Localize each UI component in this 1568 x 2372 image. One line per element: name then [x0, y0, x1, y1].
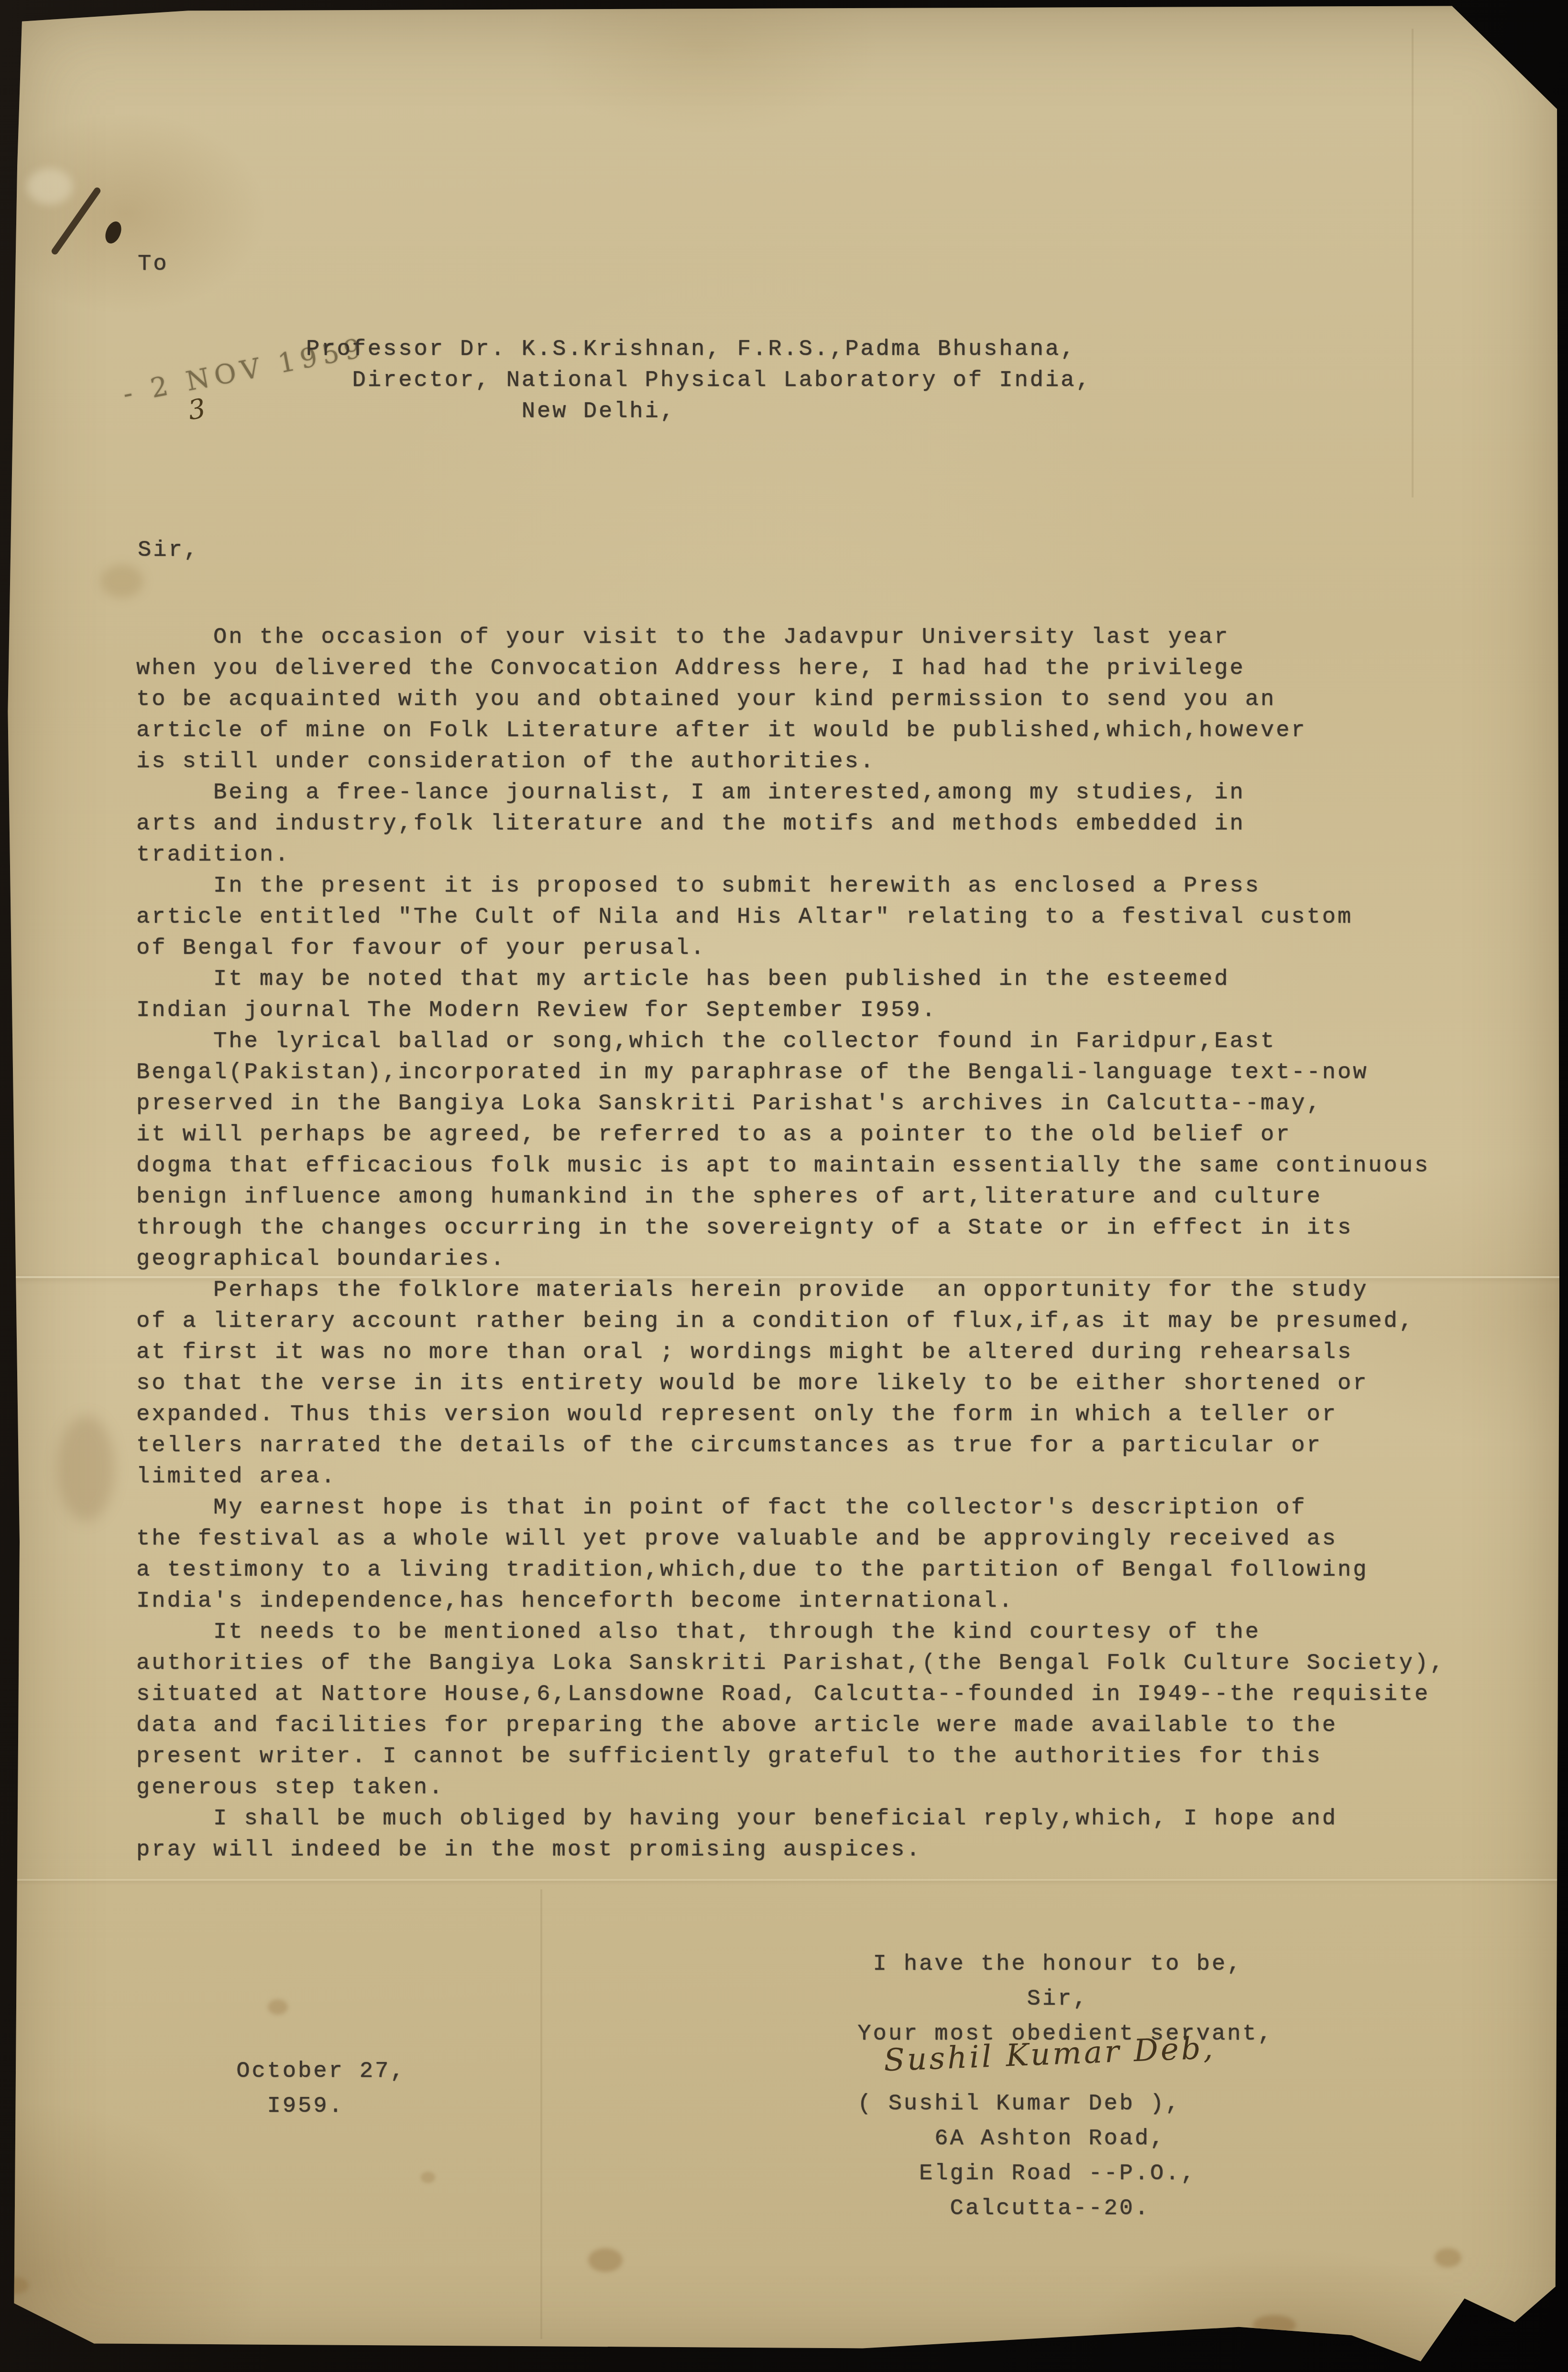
to-label: To [138, 249, 168, 280]
paper-tear-hole [102, 219, 124, 246]
vertical-crease [1412, 29, 1414, 497]
date-block: October 27, I959. [221, 2054, 406, 2124]
handwritten-note-3: 3 [186, 393, 208, 427]
foxing-spot [421, 2172, 435, 2183]
paper-scuff [27, 168, 73, 205]
foxing-spot [588, 2248, 623, 2272]
letter-body: On the occasion of your visit to the Jad… [136, 622, 1445, 1865]
letter-paper: - 2 NOV 1959 3 To Professor Dr. K.S.Kris… [0, 0, 1568, 2372]
closing-block: I have the honour to be, Sir, Your most … [765, 1947, 1273, 2226]
vertical-crease [540, 1889, 542, 2339]
recipient-address: Professor Dr. K.S.Krishnan, F.R.S.,Padma… [306, 334, 1091, 427]
salutation: Sir, [138, 535, 199, 566]
stain [100, 564, 143, 598]
foxing-spot [268, 1999, 288, 2015]
fold-crease [0, 1879, 1568, 1881]
scanned-letter: - 2 NOV 1959 3 To Professor Dr. K.S.Kris… [0, 0, 1568, 2372]
stain [57, 1416, 115, 1521]
foxing-spot [1435, 2248, 1461, 2267]
foxing-spot [0, 2277, 29, 2294]
foxing-spot [1253, 2315, 1296, 2335]
